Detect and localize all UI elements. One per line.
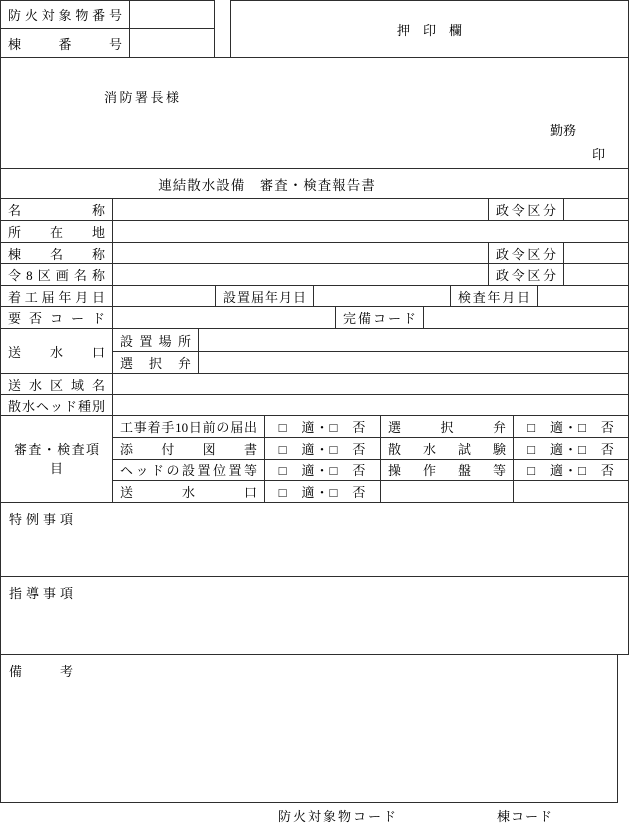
- rei8-gov-label-cell: 政令区分: [489, 264, 564, 285]
- codes-row: 要否コード 完備コード: [1, 307, 628, 329]
- review-row-1: 工事着手10日前の届出 □ 適・□ 否 選択弁 □ 適・□ 否: [113, 416, 628, 438]
- building-number-label: 棟番号: [1, 34, 129, 53]
- building-code-label: 棟コード: [497, 806, 553, 824]
- review-item-drawings-passfail-cell[interactable]: □ 適・□ 否: [265, 438, 381, 459]
- review-item-valve-label: 選択弁: [381, 417, 513, 436]
- inlet-valve-row: 選択弁: [113, 352, 628, 373]
- pass-fail-checkboxes: □ 適・□ 否: [265, 417, 380, 436]
- review-item-notice-passfail-cell[interactable]: □ 適・□ 否: [265, 416, 381, 437]
- addressee-box: 消防署長様 勤務 印: [0, 57, 629, 169]
- review-item-spray-test-passfail-cell[interactable]: □ 適・□ 否: [514, 438, 628, 459]
- seal-box: 押 印 欄: [230, 0, 629, 58]
- complete-code-label: 完備コード: [336, 308, 423, 327]
- name-label-cell: 名称: [1, 199, 113, 220]
- building-name-value-cell[interactable]: [113, 243, 489, 263]
- need-code-label-cell: 要否コード: [1, 307, 113, 328]
- zone-value-cell[interactable]: [113, 374, 628, 394]
- review-item-inlet-label: 送水口: [113, 482, 264, 501]
- review-item-panel-label: 操作盤等: [381, 460, 513, 479]
- inlet-place-value-cell[interactable]: [199, 329, 628, 351]
- review-row-2: 添付図書 □ 適・□ 否 散水試験 □ 適・□ 否: [113, 438, 628, 460]
- start-date-value-cell[interactable]: [113, 286, 216, 306]
- name-label: 名称: [1, 200, 112, 219]
- inlet-valve-label-cell: 選択弁: [113, 352, 199, 373]
- review-item-spray-test-label-cell: 散水試験: [381, 438, 514, 459]
- water-inlet-group: 送水口 設置場所 選択弁: [1, 329, 628, 374]
- dates-row: 着工届年月日 設置届年月日 検査年月日: [1, 286, 628, 307]
- rei8-value-cell[interactable]: [113, 264, 489, 285]
- form-title-row: 連結散水設備 審査・検査報告書: [1, 169, 628, 199]
- duty-label: 勤務: [550, 120, 576, 139]
- building-number-value-cell[interactable]: [130, 29, 214, 57]
- water-inlet-label: 送水口: [1, 342, 112, 361]
- form-title: 連結散水設備 審査・検査報告書: [1, 174, 628, 194]
- building-number-label-cell: 棟番号: [1, 29, 130, 57]
- head-type-label: 散水ヘッド種別: [1, 396, 112, 415]
- guidance-section[interactable]: 指導事項: [1, 577, 628, 654]
- building-name-label-cell: 棟名称: [1, 243, 113, 263]
- inlet-valve-value-cell[interactable]: [199, 352, 628, 373]
- install-date-value-cell[interactable]: [314, 286, 451, 306]
- address-value-cell[interactable]: [113, 221, 628, 242]
- review-item-drawings-label: 添付図書: [113, 439, 264, 458]
- review-row-3: ヘッドの設置位置等 □ 適・□ 否 操作盤等 □ 適・□ 否: [113, 460, 628, 482]
- zone-row: 送水区域名: [1, 374, 628, 395]
- addressee-label: 消防署長様: [104, 87, 182, 106]
- building-name-row: 棟名称 政令区分: [1, 243, 628, 264]
- guidance-section-label: 指導事項: [9, 583, 77, 602]
- fire-object-code-label: 防火対象物コード: [278, 806, 398, 824]
- install-date-label-cell: 設置届年月日: [216, 286, 314, 306]
- pass-fail-checkboxes: □ 適・□ 否: [265, 482, 380, 501]
- review-row-4: 送水口 □ 適・□ 否: [113, 481, 628, 502]
- fire-object-number-value-cell[interactable]: [130, 1, 214, 28]
- start-date-label-cell: 着工届年月日: [1, 286, 113, 306]
- review-item-head-position-passfail-cell[interactable]: □ 適・□ 否: [265, 460, 381, 481]
- zone-label-cell: 送水区域名: [1, 374, 113, 394]
- inlet-place-label: 設置場所: [113, 331, 198, 350]
- complete-code-value-cell[interactable]: [424, 307, 628, 328]
- name-gov-value-cell[interactable]: [564, 199, 628, 220]
- review-item-valve-passfail-cell[interactable]: □ 適・□ 否: [514, 416, 628, 437]
- pass-fail-checkboxes: □ 適・□ 否: [265, 460, 380, 479]
- water-inlet-label-cell: 送水口: [1, 329, 113, 373]
- need-code-value-cell[interactable]: [113, 307, 336, 328]
- pass-fail-checkboxes: □ 適・□ 否: [514, 439, 628, 458]
- review-item-notice-label: 工事着手10日前の届出: [113, 417, 264, 436]
- review-item-valve-label-cell: 選択弁: [381, 416, 514, 437]
- review-label-cell: 審査・検査項目: [1, 416, 113, 502]
- zone-label: 送水区域名: [1, 375, 112, 394]
- seal-box-label: 押 印 欄: [397, 20, 462, 39]
- seal-label: 印: [592, 144, 605, 163]
- pass-fail-checkboxes: □ 適・□ 否: [514, 460, 628, 479]
- rei8-gov-value-cell[interactable]: [564, 264, 628, 285]
- review-item-spray-test-label: 散水試験: [381, 439, 513, 458]
- review-item-drawings-label-cell: 添付図書: [113, 438, 265, 459]
- inlet-valve-label: 選択弁: [113, 353, 198, 372]
- review-label: 審査・検査項目: [1, 440, 112, 478]
- address-label-cell: 所在地: [1, 221, 113, 242]
- rei8-label-cell: 令8区画名称: [1, 264, 113, 285]
- name-gov-label-cell: 政令区分: [489, 199, 564, 220]
- rei8-row: 令8区画名称 政令区分: [1, 264, 628, 286]
- inspect-date-value-cell[interactable]: [538, 286, 628, 306]
- complete-code-label-cell: 完備コード: [336, 307, 424, 328]
- start-date-label: 着工届年月日: [1, 287, 112, 306]
- review-group: 審査・検査項目 工事着手10日前の届出 □ 適・□ 否 選択弁 □ 適・□ 否 …: [1, 416, 628, 503]
- address-row: 所在地: [1, 221, 628, 243]
- review-empty-passfail-cell: [514, 481, 628, 502]
- review-item-panel-label-cell: 操作盤等: [381, 460, 514, 481]
- fire-object-number-label-cell: 防火対象物番号: [1, 1, 130, 28]
- name-row: 名称 政令区分: [1, 199, 628, 221]
- pass-fail-checkboxes: □ 適・□ 否: [514, 417, 628, 436]
- inspection-report-form: 防火対象物番号 棟番号 押 印 欄 消防署長様 勤務 印 連結散水設備 審査・検…: [0, 0, 631, 824]
- inspect-date-label-cell: 検査年月日: [451, 286, 538, 306]
- main-form-table: 連結散水設備 審査・検査報告書 名称 政令区分 所在地 棟名称 政令区分 令8区…: [0, 168, 629, 655]
- review-item-inlet-passfail-cell[interactable]: □ 適・□ 否: [265, 481, 381, 502]
- rei8-label: 令8区画名称: [1, 265, 112, 284]
- name-value-cell[interactable]: [113, 199, 489, 220]
- head-type-row: 散水ヘッド種別: [1, 395, 628, 416]
- head-type-value-cell[interactable]: [113, 395, 628, 415]
- need-code-label: 要否コード: [1, 308, 112, 327]
- review-item-head-position-label-cell: ヘッドの設置位置等: [113, 460, 265, 481]
- building-name-gov-label-cell: 政令区分: [489, 243, 564, 263]
- id-number-table: 防火対象物番号 棟番号: [0, 0, 215, 58]
- review-item-notice-label-cell: 工事着手10日前の届出: [113, 416, 265, 437]
- address-label: 所在地: [1, 222, 112, 241]
- remarks-section[interactable]: 備 考: [0, 654, 618, 803]
- special-section[interactable]: 特例事項: [1, 503, 628, 577]
- inlet-place-row: 設置場所: [113, 329, 628, 352]
- special-section-label: 特例事項: [9, 509, 77, 528]
- building-name-gov-label: 政令区分: [489, 244, 563, 263]
- inspect-date-label: 検査年月日: [451, 287, 537, 306]
- review-item-inlet-label-cell: 送水口: [113, 481, 265, 502]
- review-item-panel-passfail-cell[interactable]: □ 適・□ 否: [514, 460, 628, 481]
- building-name-gov-value-cell[interactable]: [564, 243, 628, 263]
- inlet-place-label-cell: 設置場所: [113, 329, 199, 351]
- name-gov-label: 政令区分: [489, 200, 563, 219]
- fire-object-number-label: 防火対象物番号: [1, 5, 129, 24]
- head-type-label-cell: 散水ヘッド種別: [1, 395, 113, 415]
- rei8-gov-label: 政令区分: [489, 265, 563, 284]
- building-name-label: 棟名称: [1, 244, 112, 263]
- pass-fail-checkboxes: □ 適・□ 否: [265, 439, 380, 458]
- review-empty-label-cell: [381, 481, 514, 502]
- install-date-label: 設置届年月日: [216, 287, 313, 306]
- review-item-head-position-label: ヘッドの設置位置等: [113, 460, 264, 479]
- remarks-section-label: 備 考: [9, 661, 77, 680]
